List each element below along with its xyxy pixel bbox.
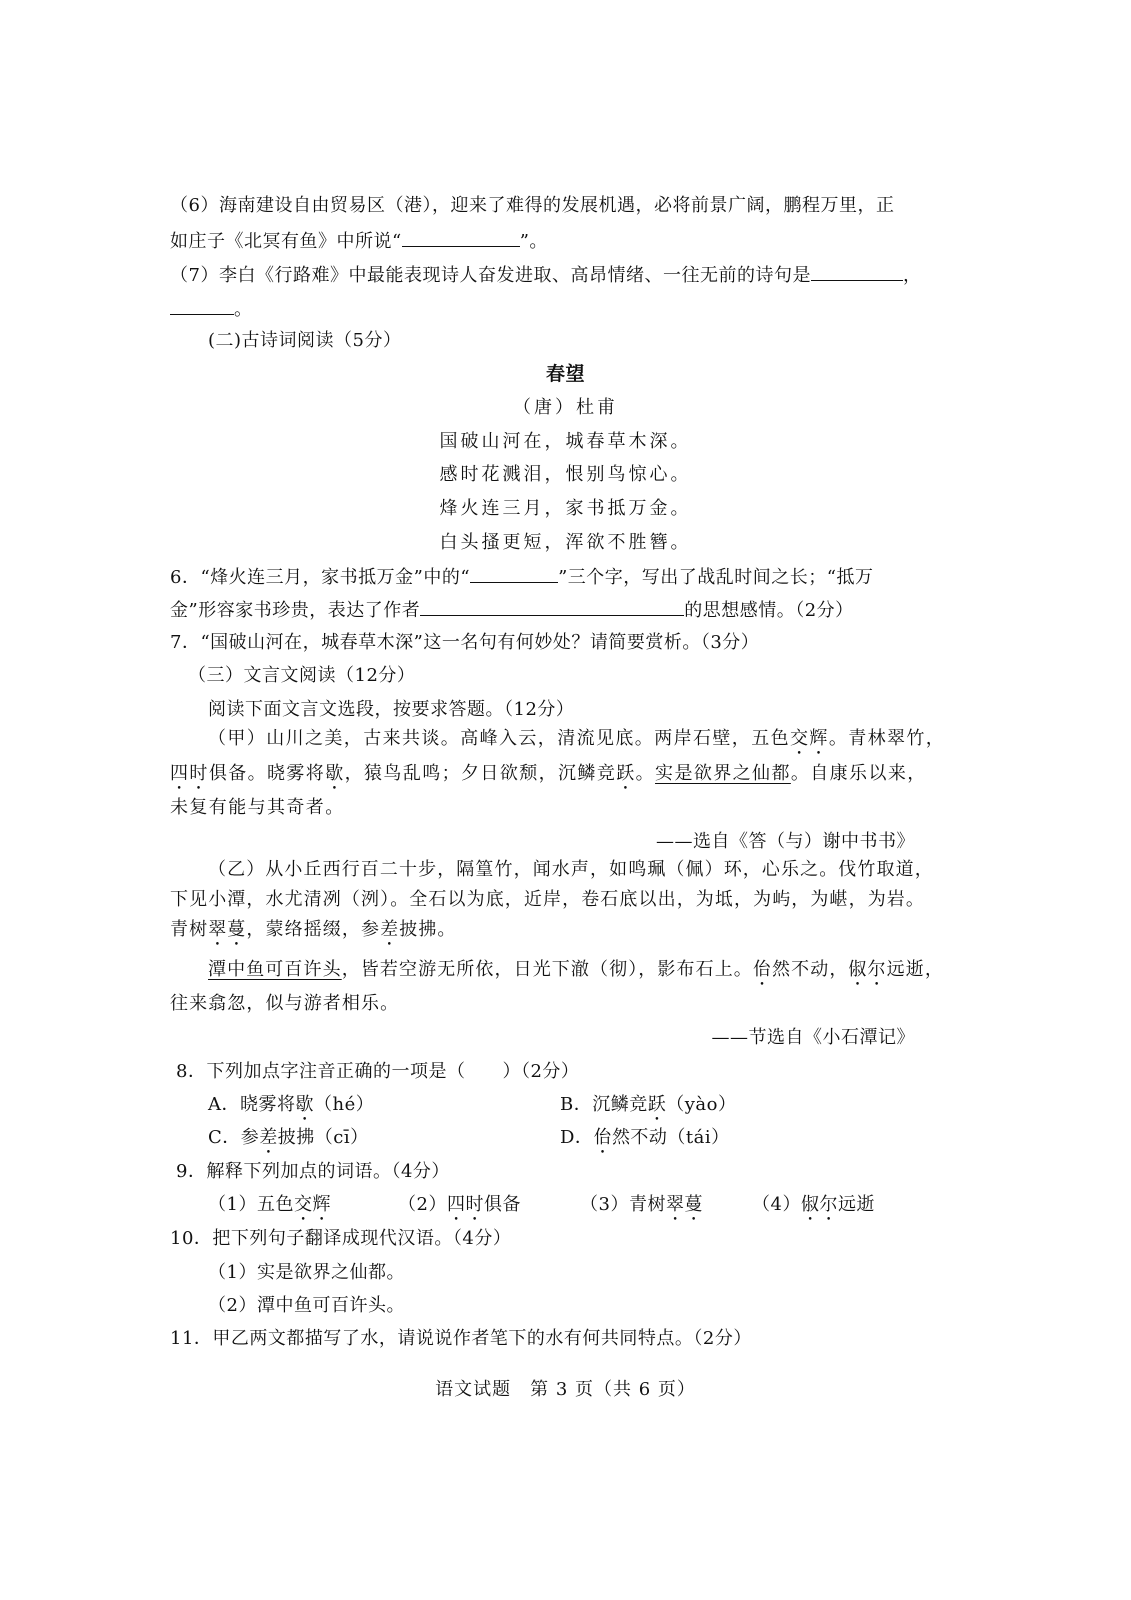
section-heading-classical: （三）文言文阅读（12分）: [188, 664, 415, 688]
dotted-word: 歇: [296, 1094, 315, 1115]
passage-text: （甲）山川之美，古来共谈。高峰入云，清流见底。两岸石壁，五色: [208, 728, 790, 749]
passage-text: ，猿鸟乱鸣；夕日欲颓，沉鳞竞: [345, 763, 617, 784]
answer-blank[interactable]: [470, 564, 558, 583]
option-c[interactable]: C．参差披拂（cī）: [208, 1126, 369, 1158]
passage-text: 披拂。: [399, 919, 456, 940]
fill-q7-period: 。: [234, 299, 253, 320]
section-heading-poetry: (二)古诗词阅读（5分）: [208, 329, 402, 353]
dotted-word: 佁: [753, 959, 772, 980]
q6-score: 的思想感情。（2分）: [684, 600, 853, 621]
dotted-word: 翠蔓: [666, 1194, 703, 1215]
passage-text: ，蒙络摇缀，参: [246, 919, 380, 940]
question-6-line2: 金”形容家书珍贵，表达了作者的思想感情。（2分）: [170, 597, 854, 623]
underlined-sentence: 潭中鱼可百许头: [208, 959, 342, 980]
passage-yi-line2: 下见小潭，水尤清冽（洌）。全石以为底，近岸，卷石底以出，为坻，为屿，为嵁，为岩。: [170, 888, 925, 912]
q9-item: （1）五色交辉: [208, 1193, 331, 1225]
option-label: B．: [560, 1094, 592, 1115]
fill-q7-line2: 。: [170, 296, 253, 322]
passage-text: 。自康乐以来，: [791, 763, 927, 784]
dotted-word: 翠蔓: [208, 919, 246, 940]
fill-q6-text: 如庄子《北冥有鱼》中所说“: [170, 231, 402, 252]
passage-jia-line2: 四时俱备。晓雾将歇，猿鸟乱鸣；夕日欲颓，沉鳞竞跃。实是欲界之仙都。自康乐以来，: [170, 762, 927, 794]
question-11: 11．甲乙两文都描写了水，请说说作者笔下的水有何共同特点。（2分）: [170, 1327, 752, 1351]
passage-text: 青树: [170, 919, 208, 940]
option-text: 沉鳞竞: [592, 1094, 648, 1115]
passage-yi-line3: 青树翠蔓，蒙络摇缀，参差披拂。: [170, 918, 457, 950]
option-a[interactable]: A．晓雾将歇（hé）: [208, 1093, 374, 1125]
question-7: 7．“国破山河在，城春草木深”这一名句有何妙处？请简要赏析。（3分）: [170, 631, 759, 655]
passage-yi-line4: 潭中鱼可百许头，皆若空游无所依，日光下澈（彻），影布石上。佁然不动，俶尔远逝，: [208, 958, 944, 990]
item-num: （4）: [752, 1194, 801, 1215]
fill-q7-line1: （7）李白《行路难》中最能表现诗人奋发进取、高昂情绪、一往无前的诗句是，: [170, 262, 921, 288]
option-d[interactable]: D．佁然不动（tái）: [560, 1126, 730, 1158]
section-instruction: 阅读下面文言文选段，按要求答题。（12分）: [208, 698, 574, 722]
option-text: 披拂（cī）: [278, 1127, 369, 1148]
option-text: （yào）: [666, 1094, 736, 1115]
passage-text: 。青林翠竹，: [829, 728, 945, 749]
option-text: 然不动（tái）: [612, 1127, 730, 1148]
q10-item: （1）实是欲界之仙都。: [208, 1261, 405, 1285]
dotted-word: 歇: [325, 763, 344, 784]
passage-text: 远逝，: [887, 959, 944, 980]
question-9: 9．解释下列加点的词语。（4分）: [176, 1160, 450, 1184]
fill-q7-text: （7）李白《行路难》中最能表现诗人奋发进取、高昂情绪、一往无前的诗句是: [170, 265, 811, 286]
q9-item: （3）青树翠蔓: [580, 1193, 703, 1225]
option-label: A．: [208, 1094, 240, 1115]
page-footer: 语文试题 第 3 页（共 6 页）: [0, 1378, 1131, 1402]
q6-text: 金”形容家书珍贵，表达了作者: [170, 600, 420, 621]
passage-yi-line1: （乙）从小丘西行百二十步，隔篁竹，闻水声，如鸣珮（佩）环，心乐之。伐竹取道，: [208, 858, 934, 882]
passage-text: ，皆若空游无所依，日光下澈（彻），影布石上。: [342, 959, 753, 980]
poem-line: 白头搔更短，浑欲不胜簪。: [0, 531, 1131, 555]
fill-q6-close: ”。: [520, 231, 548, 252]
poem-author: （唐）杜甫: [0, 396, 1131, 420]
passage-jia-source: ——选自《答（与）谢中书书》: [656, 830, 915, 854]
answer-blank[interactable]: [402, 228, 520, 247]
answer-blank[interactable]: [420, 597, 684, 616]
item-num: （3）: [580, 1194, 629, 1215]
dotted-word: 佁: [593, 1127, 612, 1148]
exam-page: （6）海南建设自由贸易区（港），迎来了难得的发展机遇，必将前景广阔，鹏程万里，正…: [0, 0, 1131, 1600]
dotted-word: 交辉: [294, 1194, 331, 1215]
dotted-word: 跃: [648, 1094, 667, 1115]
dotted-word: 跃: [616, 763, 635, 784]
fill-q7-comma: ，: [903, 265, 922, 286]
answer-blank[interactable]: [170, 296, 234, 315]
q6-text: 6．“烽火连三月，家书抵万金”中的“: [170, 567, 470, 588]
dotted-word: 差: [380, 919, 399, 940]
item-num: （2）: [398, 1194, 447, 1215]
question-10: 10．把下列句子翻译成现代汉语。（4分）: [170, 1227, 511, 1251]
fill-q6-line1: （6）海南建设自由贸易区（港），迎来了难得的发展机遇，必将前景广阔，鹏程万里，正: [170, 194, 894, 218]
q9-item: （2）四时俱备: [398, 1193, 521, 1225]
poem-line: 烽火连三月，家书抵万金。: [0, 497, 1131, 521]
question-8: 8．下列加点字注音正确的一项是（ ）（2分）: [176, 1060, 579, 1084]
dotted-word: 差: [259, 1127, 278, 1148]
underlined-sentence: 实是欲界之仙都: [655, 763, 791, 784]
passage-text: 。: [636, 763, 655, 784]
item-text: 远逝: [838, 1194, 875, 1215]
fill-q6-line2: 如庄子《北冥有鱼》中所说“”。: [170, 228, 548, 254]
poem-line: 感时花溅泪，恨别鸟惊心。: [0, 463, 1131, 487]
dotted-word: 交辉: [790, 728, 829, 749]
q9-item: （4）俶尔远逝: [752, 1193, 875, 1225]
passage-text: 俱备。晓雾将: [209, 763, 325, 784]
item-text: 青树: [629, 1194, 666, 1215]
question-6-line1: 6．“烽火连三月，家书抵万金”中的“”三个字，写出了战乱时间之长；“抵万: [170, 564, 873, 590]
option-label: D．: [560, 1127, 593, 1148]
q10-item: （2）潭中鱼可百许头。: [208, 1294, 405, 1318]
passage-text: 然不动，: [772, 959, 848, 980]
option-text: 参: [241, 1127, 260, 1148]
passage-yi-source: ——节选自《小石潭记》: [712, 1026, 916, 1050]
item-num: （1）: [208, 1194, 257, 1215]
passage-yi-line5: 往来翕忽，似与游者相乐。: [170, 992, 399, 1016]
dotted-word: 四时: [170, 763, 209, 784]
dotted-word: 俶尔: [848, 959, 886, 980]
passage-jia-line3: 未复有能与其奇者。: [170, 796, 345, 820]
dotted-word: 四时: [447, 1194, 484, 1215]
passage-jia-line1: （甲）山川之美，古来共谈。高峰入云，清流见底。两岸石壁，五色交辉。青林翠竹，: [208, 727, 945, 759]
option-label: C．: [208, 1127, 241, 1148]
poem-line: 国破山河在，城春草木深。: [0, 430, 1131, 454]
option-text: （hé）: [314, 1094, 374, 1115]
item-text: 五色: [257, 1194, 294, 1215]
option-b[interactable]: B．沉鳞竞跃（yào）: [560, 1093, 736, 1125]
q6-text-cont: ”三个字，写出了战乱时间之长；“抵万: [558, 567, 873, 588]
answer-blank[interactable]: [811, 262, 903, 281]
item-text: 俱备: [484, 1194, 521, 1215]
poem-title: 春望: [0, 362, 1131, 386]
dotted-word: 俶尔: [801, 1194, 838, 1215]
option-text: 晓雾将: [240, 1094, 296, 1115]
